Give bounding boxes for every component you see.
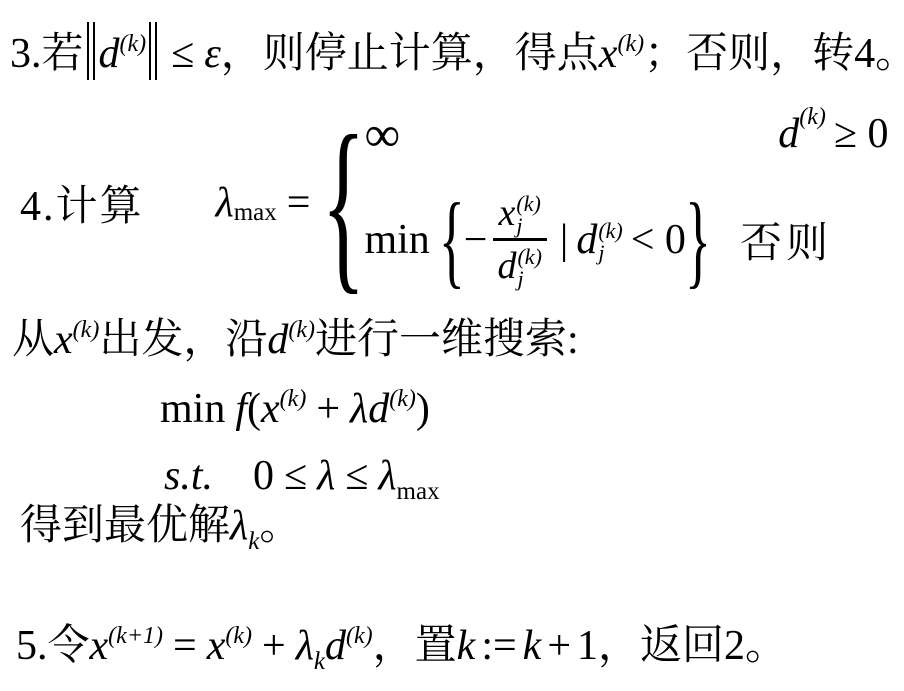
outer-brace-glyph: { [321, 106, 365, 299]
st-zero: 0 [253, 453, 274, 499]
step5-assign: := [481, 623, 516, 669]
infinity-symbol: ∞ [364, 109, 400, 159]
lparen: ( [247, 386, 261, 432]
search-t2: 出发，沿 [99, 317, 267, 363]
num-sup-k: (k) [516, 193, 540, 215]
den-sub-j: j [517, 268, 523, 290]
step5-var-x2: x [207, 623, 226, 669]
sub-max: max [234, 199, 277, 227]
result-sub-k: k [248, 528, 259, 555]
min-lambda: λ [350, 386, 368, 432]
step5-sup-k3: (k) [346, 623, 373, 649]
fraction-denominator: d (k)j [491, 241, 547, 288]
step5-var-d: d [325, 623, 346, 669]
search-sup-k2: (k) [288, 317, 315, 343]
case-min-row: min { − x (k)j d (k)j | d (k)j < 0 [364, 183, 888, 297]
st-leq2: ≤ [345, 453, 368, 499]
min-sup-k2: (k) [389, 386, 416, 412]
result-line: 得到最优解λk。 [20, 500, 301, 553]
case1-condition: d(k)≥ 0 [778, 110, 888, 158]
sup-k: (k) [120, 31, 147, 57]
such-that-bar: | [560, 216, 568, 264]
search-var-d: d [267, 317, 288, 363]
search-t3: 进行一维搜索: [315, 317, 579, 363]
lambda-symbol: λ [216, 179, 234, 227]
step5-mid: ，置 [373, 623, 457, 669]
step5-prefix: 5.令 [16, 623, 90, 669]
var-d: d [99, 31, 120, 77]
sup-k2: (k) [617, 31, 644, 57]
step5-sub-k: k [314, 648, 325, 675]
st-word: s.t. [164, 453, 213, 499]
norm-bar-left [87, 22, 95, 80]
num-subsup: (k)j [516, 193, 540, 237]
inner-right-brace-glyph: } [685, 187, 711, 292]
den-subsup: (k)j [517, 246, 541, 290]
step5-suffix: 1，返回2。 [577, 623, 787, 669]
cond2-sub-j: j [598, 242, 604, 264]
den-sup-k: (k) [517, 246, 541, 268]
step3-prefix: 3.若 [10, 31, 84, 77]
outer-brace: { [326, 100, 360, 305]
step5-lambda: λ [296, 623, 314, 669]
epsilon-symbol: ε [204, 31, 221, 77]
st-line: s.t.0≤λ≤λmax [164, 450, 440, 503]
cond2-subsup: (k)j [598, 220, 622, 264]
step3-mid-text: ，则停止计算，得点 [221, 31, 599, 77]
min-var-x: x [261, 386, 280, 432]
piecewise-cases: ∞ d(k)≥ 0 min { − x (k)j d (k)j [364, 109, 888, 297]
lambda-max-equals: λmax= [216, 179, 321, 227]
func-f: f [235, 386, 247, 432]
st-lambda1: λ [317, 453, 335, 499]
inner-left-brace-glyph: { [439, 187, 465, 292]
var-x: x [599, 31, 618, 77]
case-infinity-row: ∞ d(k)≥ 0 [364, 109, 888, 159]
norm-bar-right [149, 22, 157, 80]
min-plus: + [316, 386, 340, 432]
num-sub-j: j [516, 215, 522, 237]
search-var-x: x [54, 317, 73, 363]
cond1-relation: ≥ 0 [834, 110, 889, 158]
search-sup-k: (k) [73, 317, 100, 343]
min-var-d: d [368, 386, 389, 432]
cond1-var-d: d [778, 110, 799, 158]
st-sub-max: max [397, 478, 440, 505]
st-lambda2: λ [378, 453, 396, 499]
st-leq1: ≤ [284, 453, 307, 499]
step4-label: 4.计算 [20, 173, 144, 233]
step5-equals: = [173, 623, 197, 669]
step5-sup-k2: (k) [225, 623, 252, 649]
step5-line: 5.令x(k+1)=x(k)+λkd(k)，置k:=k+1，返回2。 [16, 620, 787, 673]
step5-var-k2: k [523, 623, 542, 669]
step3-suffix: ；否则，转4。 [644, 31, 904, 77]
min-operator: min [364, 216, 429, 264]
step3-line: 3.若d(k)≤ε，则停止计算，得点x(k)；否则，转4。 [10, 22, 904, 81]
document-page: 3.若d(k)≤ε，则停止计算，得点x(k)；否则，转4。 4.计算 λmax=… [0, 0, 904, 691]
cond2-relation: < 0 [631, 216, 686, 264]
num-var-x: x [499, 191, 516, 235]
cond2-sup-k: (k) [598, 220, 622, 242]
inner-left-brace: { [440, 183, 464, 297]
cond2-var-d: d [576, 216, 597, 264]
min-sup-k: (k) [280, 386, 307, 412]
result-period: 。 [259, 503, 301, 549]
step5-plus: + [262, 623, 286, 669]
min-line: minf(x(k)+λd(k)) [160, 383, 430, 436]
result-lambda: λ [230, 503, 248, 549]
step5-var-k1: k [457, 623, 476, 669]
step5-plus2: + [547, 623, 571, 669]
rparen: ) [416, 386, 430, 432]
result-text: 得到最优解 [20, 503, 230, 549]
leq-symbol: ≤ [171, 31, 194, 77]
otherwise-label: 否则 [740, 210, 832, 270]
fraction-numerator: x (k)j [493, 191, 547, 241]
minus-symbol: − [464, 216, 488, 264]
min-word: min [160, 386, 225, 432]
search-line: 从x(k)出发，沿d(k)进行一维搜索: [12, 314, 579, 367]
cond1-sup-k: (k) [799, 104, 826, 131]
fraction: x (k)j d (k)j [491, 191, 547, 288]
step5-sup-k1: (k+1) [108, 623, 163, 649]
step4-block: 4.计算 λmax= { ∞ d(k)≥ 0 min { − x (k)j [20, 100, 888, 305]
inner-right-brace: } [686, 183, 710, 297]
den-var-d: d [497, 244, 516, 288]
step5-var-x1: x [90, 623, 109, 669]
search-t1: 从 [12, 317, 54, 363]
equals-symbol: = [287, 179, 311, 227]
